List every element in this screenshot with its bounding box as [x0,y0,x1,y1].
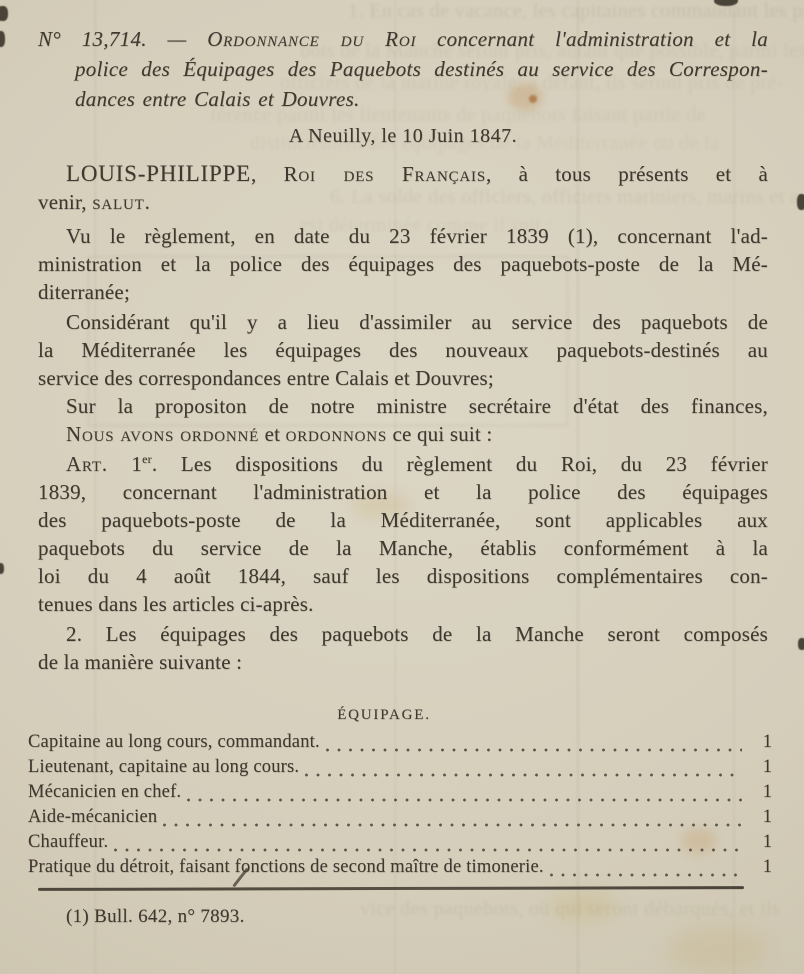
article-ordinal-superscript: er [142,452,152,466]
ordinance-title-smallcaps: Ordonnance du Roi [207,27,416,51]
paragraph-proposition: Sur la propositon de notre ministre secr… [38,392,768,420]
ordinance-body: LOUIS-PHILIPPE, Roi des Français, à tous… [38,160,768,676]
article-label: Art. [66,452,108,476]
body-line: Art. 1er. Les dispositions du règlement … [38,450,768,478]
king-name: LOUIS-PHILIPPE [66,161,251,186]
body-line: 1839, concernant l'administration et la … [38,478,768,506]
document-content: N° 13,714. — Ordonnance du Roi concernan… [38,24,768,929]
crew-role-label: Capitaine au long cours, commandant. [28,732,320,753]
body-line: des paquebots-poste de la Méditerranée, … [38,506,768,534]
edge-speck [0,6,8,21]
body-line: tenues dans les articles ci-après. [38,590,768,618]
body-line: loi du 4 août 1844, sauf les disposition… [38,562,768,590]
dotted-leader [549,872,742,878]
edge-speck [0,563,4,574]
crew-count: 1 [750,757,776,778]
ordinance-number: N° 13,714. [38,27,147,51]
text-fragment: et [259,422,285,446]
salut-smallcaps: salut [92,190,144,214]
equipage-table: Capitaine au long cours, commandant.1 Li… [28,732,776,882]
body-line: diterranée; [38,278,768,306]
paragraph-article-2: 2. Les équipages des paquebots de la Man… [38,620,768,676]
crew-role-label: Pratique du détroit, faisant fonctions d… [28,857,544,878]
heading-line: dances entre Calais et Douvres. [75,84,768,114]
heading-dash: — [147,27,207,51]
dotted-leader [325,747,742,753]
crew-count: 1 [750,782,776,803]
crew-count: 1 [750,857,776,878]
heading-line: N° 13,714. — Ordonnance du Roi concernan… [75,24,768,54]
edge-speck [0,31,5,47]
footnote: (1) Bull. 642, n° 7893. [38,905,768,929]
edge-speck [797,194,804,210]
body-line: LOUIS-PHILIPPE, Roi des Français, à tous… [38,160,768,188]
paragraph-considerant: Considérant qu'il y a lieu d'assimiler a… [38,308,768,392]
dotted-leader [186,797,742,803]
paragraph-article-1: Art. 1er. Les dispositions du règlement … [38,450,768,618]
text-fragment: venir, [38,190,92,214]
body-line: de la manière suivante : [38,648,768,676]
table-row: Lieutenant, capitaine au long cours.1 [28,757,776,782]
crew-role-label: Mécanicien en chef. [28,782,181,803]
body-line: 2. Les équipages des paquebots de la Man… [38,620,768,648]
table-row: Pratique du détroit, faisant fonctions d… [28,857,776,882]
body-line: venir, salut. [38,188,768,216]
scanned-document-page: 1. En cas de vacance, les capitaines com… [0,0,804,974]
heading-line1-rest: concernant l'administration et la [416,27,768,51]
body-line: ministration et la police des équipages … [38,250,768,278]
paragraph-ordonnons: Nous avons ordonné et ordonnons ce qui s… [38,420,768,448]
table-row: Mécanicien en chef.1 [28,782,776,807]
text-fragment: . Les dispositions du règlement du Roi, … [152,452,768,476]
edge-speck [798,638,804,650]
article-number: 1 [108,452,142,476]
table-row: Chauffeur.1 [28,832,776,857]
dotted-leader [162,822,742,828]
text-fragment: ce qui suit : [387,422,492,446]
dotted-leader [304,772,742,778]
bleedthrough-line: 1. En cas de vacance, les capitaines com… [348,0,804,23]
body-line: Nous avons ordonné et ordonnons ce qui s… [38,420,768,448]
body-line: paquebots du service de la Manche, établ… [38,534,768,562]
body-line: la Méditerranée les équipages des nouvea… [38,336,768,364]
crew-role-label: Lieutenant, capitaine au long cours. [28,757,299,778]
ordinance-heading: N° 13,714. — Ordonnance du Roi concernan… [38,24,768,114]
footnote-rule [38,886,744,891]
equipage-heading: ÉQUIPAGE. [0,704,768,726]
roi-des-francais: Roi des Français [284,162,486,186]
body-line: Considérant qu'il y a lieu d'assimiler a… [38,308,768,336]
crew-count: 1 [750,732,776,753]
ordonne-smallcaps: Nous avons ordonné [66,422,259,446]
table-row: Aide-mécanicien1 [28,807,776,832]
table-row: Capitaine au long cours, commandant.1 [28,732,776,757]
body-line: Vu le règlement, en date du 23 février 1… [38,222,768,250]
text-fragment: , [251,162,284,186]
body-line: service des correspondances entre Calais… [38,364,768,392]
crew-role-label: Aide-mécanicien [28,807,157,828]
ordonnons-smallcaps: ordonnons [286,422,387,446]
text-fragment: , à tous présents et à [486,162,768,186]
paragraph-vu: Vu le règlement, en date du 23 février 1… [38,222,768,306]
text-fragment: . [145,190,150,214]
dateline: A Neuilly, le 10 Juin 1847. [38,122,768,150]
paragraph-salutation: LOUIS-PHILIPPE, Roi des Français, à tous… [38,160,768,216]
edge-speck [714,0,738,6]
dotted-leader [113,847,742,853]
body-line: Sur la propositon de notre ministre secr… [38,392,768,420]
heading-line: police des Équipages des Paquebots desti… [75,54,768,84]
crew-role-label: Chauffeur. [28,832,108,853]
crew-count: 1 [750,832,776,853]
crew-count: 1 [750,807,776,828]
paper-stain [668,928,768,972]
